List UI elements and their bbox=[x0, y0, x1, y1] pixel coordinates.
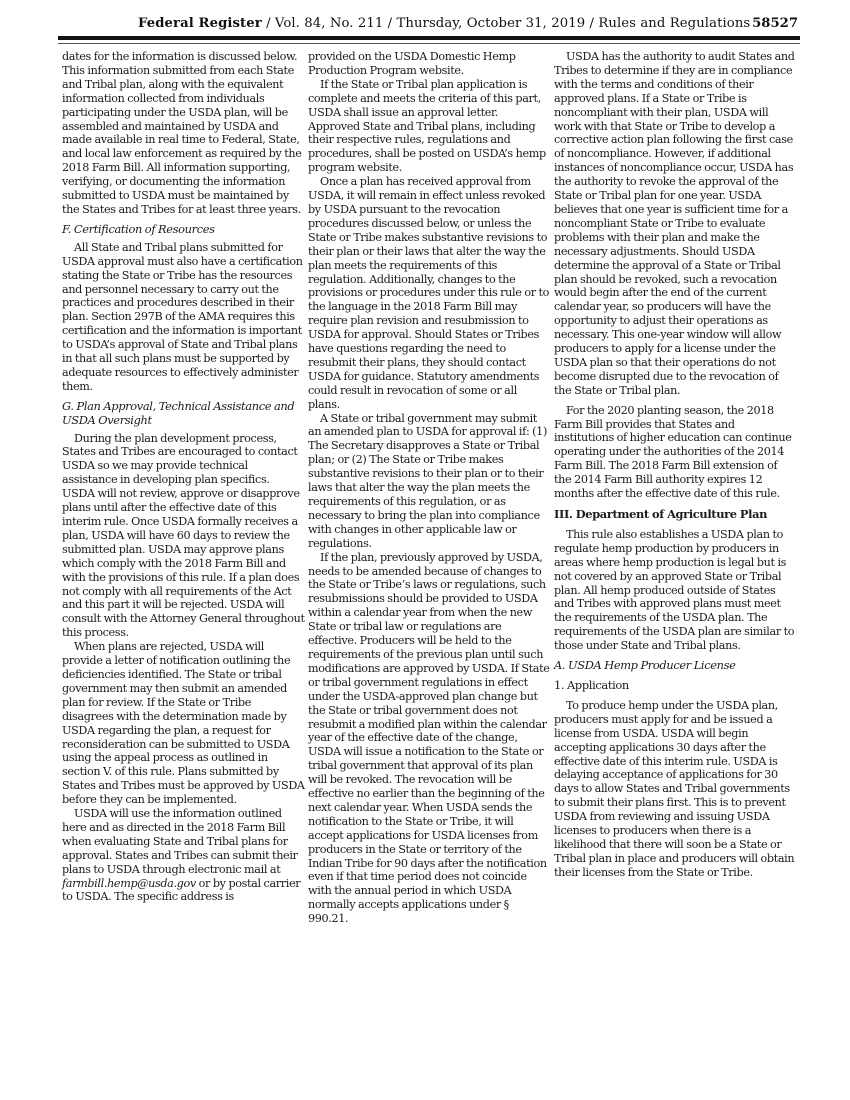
section-heading-a: A. USDA Hemp Producer License bbox=[554, 659, 797, 673]
text-column-1: dates for the information is discussed b… bbox=[62, 50, 305, 904]
paragraph: To produce hemp under the USDA plan, pro… bbox=[554, 699, 797, 880]
paragraph: For the 2020 planting season, the 2018 F… bbox=[554, 404, 797, 501]
citation: / Vol. 84, No. 211 / Thursday, October 3… bbox=[262, 16, 751, 31]
paragraph: USDA has the authority to audit States a… bbox=[554, 50, 797, 398]
section-heading-f: F. Certification of Resources bbox=[62, 223, 305, 237]
text-run: USDA will use the information outlined h… bbox=[62, 807, 298, 876]
section-heading-g: G. Plan Approval, Technical Assistance a… bbox=[62, 400, 305, 428]
paragraph: USDA will use the information outlined h… bbox=[62, 807, 305, 904]
paragraph: A State or tribal government may submit … bbox=[308, 412, 551, 551]
paragraph: All State and Tribal plans submitted for… bbox=[62, 241, 305, 394]
paragraph: This rule also establishes a USDA plan t… bbox=[554, 528, 797, 653]
paragraph: dates for the information is discussed b… bbox=[62, 50, 305, 217]
paragraph: During the plan development process, Sta… bbox=[62, 432, 305, 641]
page-number: 58527 bbox=[752, 16, 798, 31]
publication-name: Federal Register bbox=[138, 16, 262, 31]
running-header: Federal Register / Vol. 84, No. 211 / Th… bbox=[58, 14, 800, 36]
paragraph: If the plan, previously approved by USDA… bbox=[308, 551, 551, 926]
header-rule-thick bbox=[58, 36, 800, 40]
section-heading-iii: III. Department of Agriculture Plan bbox=[554, 508, 797, 522]
paragraph: If the State or Tribal plan application … bbox=[308, 78, 551, 175]
header-title: Federal Register / Vol. 84, No. 211 / Th… bbox=[138, 16, 750, 31]
text-column-3: USDA has the authority to audit States a… bbox=[554, 50, 797, 880]
header-rule-thin bbox=[58, 43, 800, 44]
text-column-2: provided on the USDA Domestic Hemp Produ… bbox=[308, 50, 551, 926]
subsection-heading-application: 1. Application bbox=[554, 679, 797, 693]
paragraph: Once a plan has received approval from U… bbox=[308, 175, 551, 411]
email-address: farmbill.hemp@usda.gov bbox=[62, 877, 196, 890]
paragraph: provided on the USDA Domestic Hemp Produ… bbox=[308, 50, 551, 78]
paragraph: When plans are rejected, USDA will provi… bbox=[62, 640, 305, 807]
